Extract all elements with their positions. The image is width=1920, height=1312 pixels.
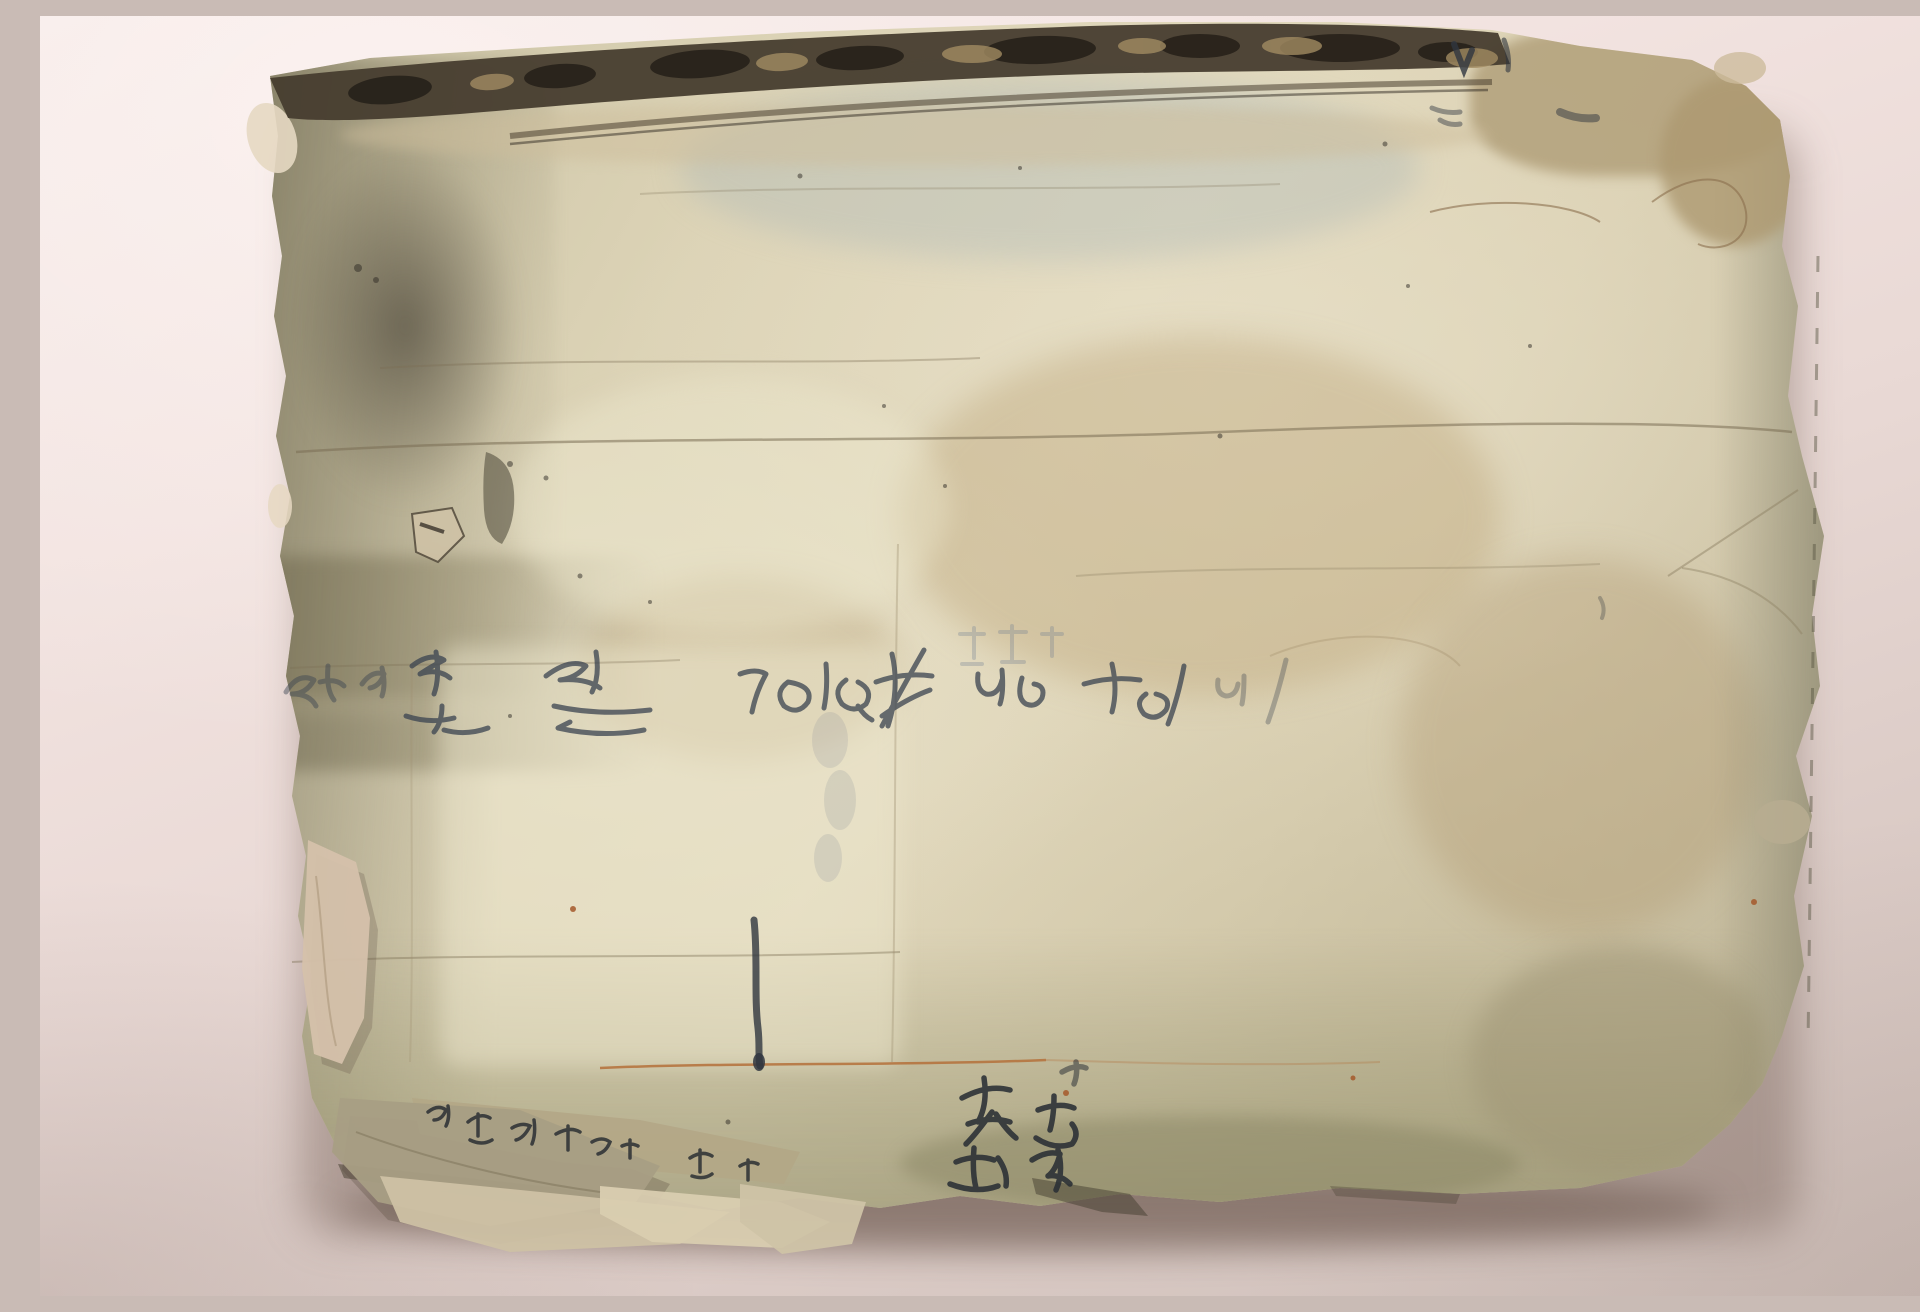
- waterstain-right: [1400, 556, 1760, 936]
- pasted-panel-highlight: [440, 646, 900, 1066]
- stain-topleft-dark: [290, 146, 520, 506]
- highlight-mid: [510, 376, 950, 636]
- fore-edge-band: [1715, 106, 1840, 1106]
- photo-caption: Photograph of an antique Korean stitched…: [40, 16, 41, 17]
- photograph: Photograph of an antique Korean stitched…: [40, 16, 1920, 1296]
- waterstain-center: [900, 336, 1500, 696]
- tan-gap-below-binding: [340, 104, 1490, 166]
- antique-book-cover: [40, 16, 1920, 1296]
